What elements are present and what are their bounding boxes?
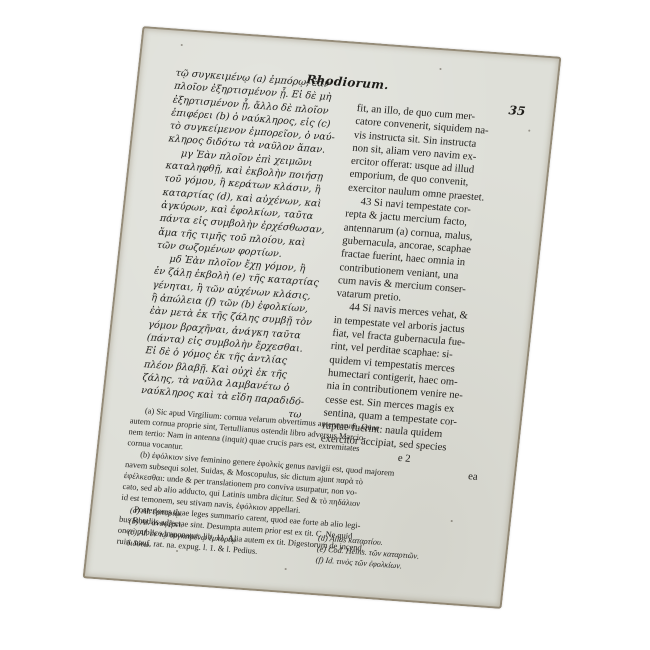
paper-speck bbox=[181, 44, 183, 46]
greek-text-column: τῷ συγκειμένῳ (a) ἐμπόρῳ, ἐὰν πλοῖον ἐξη… bbox=[139, 67, 348, 424]
paper-speck bbox=[528, 130, 530, 132]
book-page: Rhodiorum. 35 τῷ συγκειμένῳ (a) ἐμπόρῳ, … bbox=[83, 26, 562, 609]
paper-speck bbox=[439, 68, 441, 70]
photo-stage: Rhodiorum. 35 τῷ συγκειμένῳ (a) ἐμπόρῳ, … bbox=[0, 0, 650, 650]
paper-speck bbox=[285, 568, 287, 570]
